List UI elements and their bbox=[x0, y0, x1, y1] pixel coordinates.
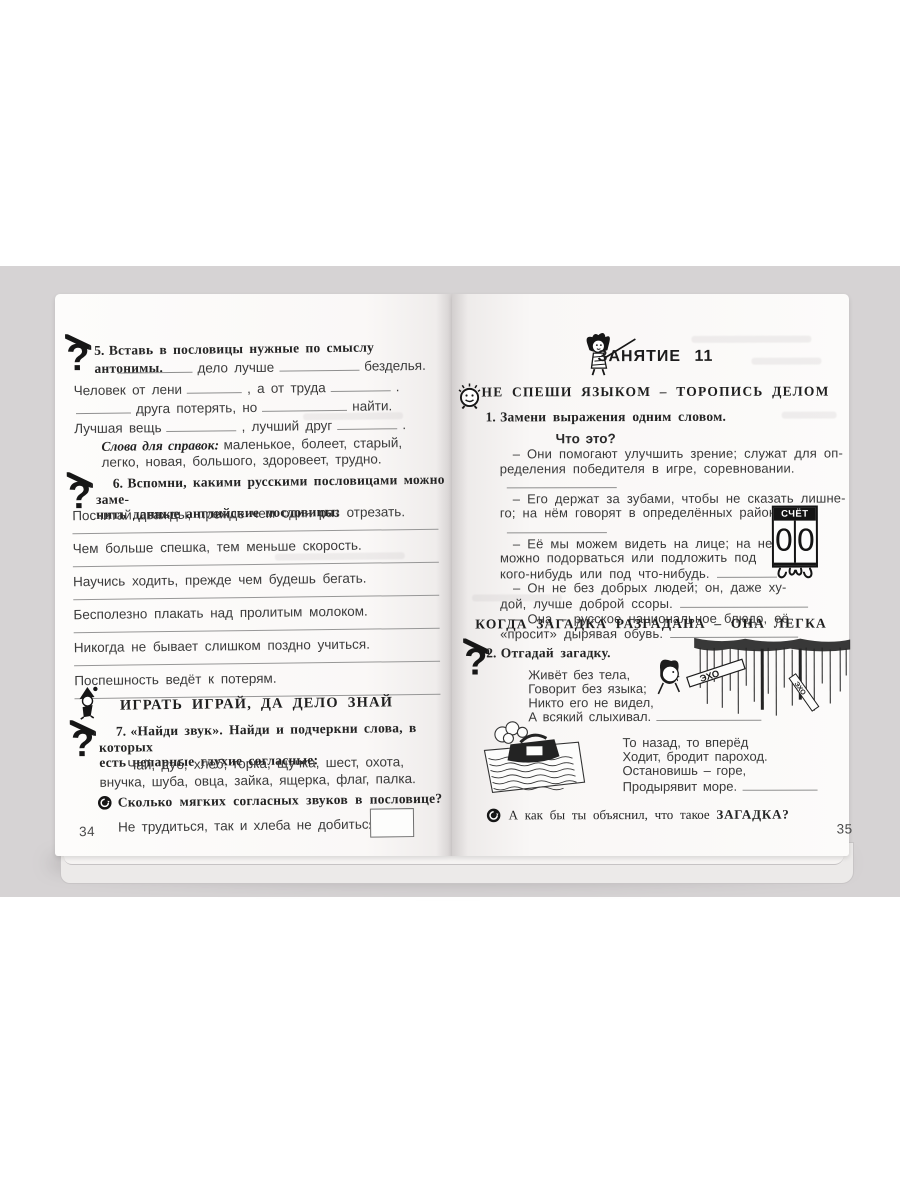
scoreboard: СЧЁТ 0 0 bbox=[772, 506, 818, 588]
task-bullet-icon bbox=[487, 808, 501, 827]
definition-item: – Он не без добрых людей; он, даже ху- д… bbox=[500, 581, 878, 612]
section-heading: ИГРАТЬ ИГРАЙ, ДА ДЕЛО ЗНАЙ bbox=[86, 694, 426, 715]
blank-line bbox=[117, 361, 192, 374]
word-list: Чай, дуб, хлеб, горка, щучка, шест, охот… bbox=[99, 754, 443, 791]
blank-line bbox=[331, 379, 391, 392]
riddle-term: ЗАГАДКА? bbox=[716, 807, 789, 822]
blank-line bbox=[279, 359, 359, 372]
answer-line bbox=[742, 778, 817, 790]
proverb-to-count: Не трудиться, так и хлеба не добиться. bbox=[118, 816, 380, 834]
proverb-item: Чем больше спешка, тем меньше скорость. bbox=[73, 537, 439, 567]
answer-line bbox=[680, 596, 808, 608]
task-instruction: Отгадай загадку. bbox=[501, 645, 611, 660]
page-number: 35 bbox=[837, 821, 853, 836]
exercise-number: 5. bbox=[94, 343, 104, 358]
riddle-2: То назад, то вперёд Ходит, бродит парохо… bbox=[622, 736, 822, 794]
fill-in-row: Лучшая вещь, лучший друг. bbox=[74, 417, 406, 436]
proverb-item: Бесполезно плакать над пролитым молоком. bbox=[73, 603, 439, 633]
blank-line bbox=[337, 417, 397, 430]
blank-line bbox=[166, 419, 236, 432]
task-number: 1. bbox=[486, 409, 496, 424]
english-proverbs-list: Посчитай дважды, прежде чем один раз отр… bbox=[72, 504, 440, 706]
final-question: А как бы ты объяснил, что такое ЗАГАДКА? bbox=[509, 806, 849, 823]
bleed-through-smudge bbox=[751, 358, 821, 365]
exercise-number: 6. bbox=[113, 476, 123, 491]
iron-ship-illustration bbox=[480, 720, 588, 799]
scoreboard-label: СЧЁТ bbox=[774, 508, 816, 521]
task-number: 2. bbox=[486, 645, 496, 660]
left-page: ? 5. Вставь в пословицы нужные по смыслу… bbox=[55, 294, 452, 856]
bleed-through-smudge bbox=[691, 336, 811, 343]
definitions-list: – Они помогают улучшить зрение; служат д… bbox=[500, 446, 879, 642]
proverb-item: Посчитай дважды, прежде чем один раз отр… bbox=[72, 504, 438, 534]
fill-in-row: Человек от лени, а от труда. bbox=[74, 379, 400, 398]
section2-title: КОГДА ЗАГАДКА РАЗГАДАНА – ОНА ЛЕГКА bbox=[468, 616, 834, 633]
task-instruction: Замени выражения одним словом. bbox=[500, 409, 726, 425]
what-is-it-subtitle: Что это? bbox=[556, 431, 616, 446]
proverb-item: Никогда не бывает слишком поздно учиться… bbox=[74, 636, 440, 666]
lesson-title: ЗАНЯТИЕ 11 bbox=[597, 348, 713, 366]
definition-item: – Её мы можем видеть на лице; на ней мож… bbox=[500, 536, 878, 582]
answer-line bbox=[656, 709, 761, 721]
exercise-number: 7. bbox=[116, 724, 126, 739]
words-for-reference: Слова для справок: маленькое, болеет, ст… bbox=[101, 435, 439, 470]
page-number: 34 bbox=[79, 824, 95, 839]
scoreboard-legs bbox=[772, 568, 818, 583]
score-left: 0 bbox=[774, 521, 794, 563]
score-right: 0 bbox=[796, 521, 816, 563]
answer-line bbox=[717, 565, 777, 577]
definition-item: – Они помогают улучшить зрение; служат д… bbox=[500, 446, 878, 492]
book-spine-shadow bbox=[436, 294, 468, 856]
question-pencil-icon: ? bbox=[65, 334, 92, 387]
answer-line bbox=[507, 521, 607, 533]
blank-line bbox=[76, 401, 131, 414]
definition-item: – Его держат за зубами, чтобы не сказать… bbox=[500, 491, 878, 537]
right-page: ЗАНЯТИЕ 11 НЕ СПЕШИ ЯЗЫКОМ – ТОРОПИСЬ ДЕ… bbox=[452, 294, 849, 856]
question-pencil-icon: ? bbox=[70, 720, 97, 773]
blank-line bbox=[262, 399, 347, 412]
section1-title: НЕ СПЕШИ ЯЗЫКОМ – ТОРОПИСЬ ДЕЛОМ bbox=[478, 384, 834, 401]
open-book: ? 5. Вставь в пословицы нужные по смыслу… bbox=[55, 294, 849, 856]
answer-box bbox=[370, 808, 414, 838]
proverb-item: Научись ходить, прежде чем будешь бегать… bbox=[73, 570, 439, 600]
task-bullet-icon bbox=[98, 796, 112, 815]
answer-line bbox=[507, 476, 617, 488]
riddle-1: Живёт без тела, Говорит без языка; Никто… bbox=[528, 668, 766, 725]
blank-line bbox=[187, 381, 242, 394]
